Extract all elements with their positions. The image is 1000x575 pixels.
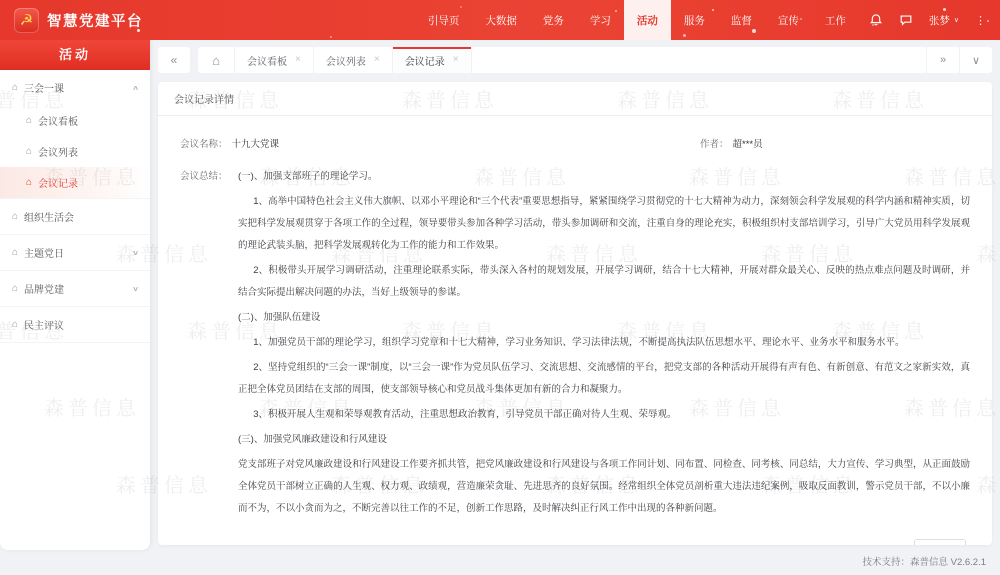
chevron-down-icon: ∨ [954,16,959,24]
menu-item-icon: ⌂ [12,212,18,222]
sidebar-item-4[interactable]: ⌂民主评议 [0,307,150,342]
meeting-meta-row: 会议名称： 十九大党课 作者： 超***员 [180,136,970,150]
tab-close-icon[interactable]: × [453,55,459,65]
back-button[interactable]: 返回 [914,539,966,545]
tab-2[interactable]: 会议记录× [393,47,472,73]
nav-item-6[interactable]: 监督 [718,0,765,40]
sidebar-item-label: 主题党日 [24,245,64,260]
tab-0[interactable]: 会议看板× [235,47,314,73]
menu-item-icon: ⌂ [26,147,32,157]
sidebar-item-label: 组织生活会 [24,209,74,224]
sidebar-group-1: ⌂组织生活会 [0,199,150,235]
summary-paragraph-1: 1、高举中国特色社会主义伟大旗帜、以邓小平理论和“三个代表”重要思想指导，紧紧围… [238,191,970,257]
tab-1[interactable]: 会议列表× [314,47,393,73]
sidebar-group-3: ⌂品牌党建∨ [0,271,150,307]
header-right: 张梦 ∨ ⋮ [859,13,1000,28]
nav-item-4[interactable]: 活动 [624,0,671,40]
brand-title: 智慧党建平台 [47,10,143,31]
decor-dot [943,8,946,11]
sidebar-item-label: 民主评议 [24,317,64,332]
tab-close-icon[interactable]: × [295,55,301,65]
meeting-summary-row: 会议总结： (一)、加强支部班子的理论学习。1、高举中国特色社会主义伟大旗帜、以… [180,166,970,523]
nav-item-2[interactable]: 党务 [530,0,577,40]
summary-paragraph-2: 2、积极带头开展学习调研活动，注重理论联系实际，带头深入各村的规划发展，开展学习… [238,260,970,304]
brand: ☭ 智慧党建平台 [0,8,143,33]
author-value: 超***员 [733,136,763,150]
tabs-scroll-right-button[interactable]: » [926,47,959,73]
tab-bar: « ⌂ 会议看板×会议列表×会议记录× » ∨ [150,40,1000,80]
sidebar-item-1[interactable]: ⌂组织生活会 [0,199,150,234]
sidebar-title: 活动 [0,40,150,70]
sidebar-subitem-label: 会议记录 [38,175,78,190]
sidebar-subitem-0-1[interactable]: ⌂会议列表 [0,136,150,167]
tab-label: 会议看板 [247,53,287,68]
tabs-container: ⌂ 会议看板×会议列表×会议记录× » ∨ [198,47,992,73]
tab-label: 会议记录 [405,53,445,68]
tabs-scroll-left-button[interactable]: « [158,47,190,73]
sidebar-group-2: ⌂主题党日∨ [0,235,150,271]
summary-paragraph-0: (一)、加强支部班子的理论学习。 [238,166,970,188]
footer-text: 技术支持：森普信息 V2.6.2.1 [0,550,1000,575]
summary-content: (一)、加强支部班子的理论学习。1、高举中国特色社会主义伟大旗帜、以邓小平理论和… [238,166,970,523]
chevron-up-icon: ∧ [132,84,139,92]
sidebar-item-3[interactable]: ⌂品牌党建∨ [0,271,150,306]
home-tab-icon[interactable]: ⌂ [198,47,235,73]
menu-item-icon: ⌂ [26,116,32,126]
summary-paragraph-3: (二)、加强队伍建设 [238,307,970,329]
sidebar-subitem-label: 会议列表 [38,144,78,159]
sidebar-group-4: ⌂民主评议 [0,307,150,343]
decor-dot [330,36,332,38]
tabs-menu-button[interactable]: ∨ [959,47,992,73]
more-options-icon[interactable]: ⋮ [975,14,986,27]
summary-paragraph-4: 1、加强党员干部的理论学习，组织学习党章和十七大精神，学习业务知识、学习法律法规… [238,332,970,354]
sidebar-subitem-0-2[interactable]: ⌂会议记录 [0,167,150,198]
chevron-down-icon: ∨ [132,285,139,293]
sidebar-group-0: ⌂三会一课∧⌂会议看板⌂会议列表⌂会议记录 [0,70,150,199]
nav-item-5[interactable]: 服务 [671,0,718,40]
panel-title: 会议记录详情 [158,82,992,116]
nav-item-7[interactable]: 宣传 [765,0,812,40]
summary-paragraph-7: (三)、加强党风廉政建设和行风建设 [238,429,970,451]
menu-item-icon: ⌂ [26,178,32,188]
sidebar-item-0[interactable]: ⌂三会一课∧ [0,70,150,105]
nav-item-0[interactable]: 引导页 [415,0,473,40]
nav-item-1[interactable]: 大数据 [472,0,530,40]
open-tabs: 会议看板×会议列表×会议记录× [235,47,472,73]
tab-close-icon[interactable]: × [374,55,380,65]
user-menu[interactable]: 张梦 ∨ [929,13,959,28]
app-header: ☭ 智慧党建平台 引导页大数据党务学习活动服务监督宣传工作 张梦 ∨ ⋮ [0,0,1000,40]
sidebar: 活动 ⌂三会一课∧⌂会议看板⌂会议列表⌂会议记录⌂组织生活会⌂主题党日∨⌂品牌党… [0,40,150,550]
menu-item-icon: ⌂ [12,320,18,330]
summary-label: 会议总结： [180,166,238,523]
sidebar-item-2[interactable]: ⌂主题党日∨ [0,235,150,270]
menu-item-icon: ⌂ [12,83,18,93]
menu-item-icon: ⌂ [12,248,18,258]
top-nav: 引导页大数据党务学习活动服务监督宣传工作 [415,0,859,40]
sidebar-menu: ⌂三会一课∧⌂会议看板⌂会议列表⌂会议记录⌂组织生活会⌂主题党日∨⌂品牌党建∨⌂… [0,70,150,343]
panel-body[interactable]: 会议名称： 十九大党课 作者： 超***员 会议总结： (一)、加强支部班子的理… [158,116,992,545]
author-label: 作者： [700,136,729,150]
party-emblem-icon: ☭ [14,8,39,33]
summary-paragraph-6: 3、积极开展人生观和荣辱观教育活动，注重思想政治教育，引导党员干部正确对待人生观… [238,404,970,426]
meeting-name-label: 会议名称： [180,136,228,150]
sidebar-item-label: 三会一课 [24,80,64,95]
sidebar-subitem-0-0[interactable]: ⌂会议看板 [0,105,150,136]
sidebar-item-label: 品牌党建 [24,281,64,296]
message-icon[interactable] [899,13,913,27]
menu-item-icon: ⌂ [12,284,18,294]
meeting-name-value: 十九大党课 [232,136,280,150]
bell-icon[interactable] [869,13,883,27]
summary-paragraph-8: 党支部班子对党风廉政建设和行风建设工作要齐抓共管，把党风廉政建设和行风建设与各项… [238,454,970,520]
nav-item-8[interactable]: 工作 [812,0,859,40]
nav-item-3[interactable]: 学习 [577,0,624,40]
tab-label: 会议列表 [326,53,366,68]
summary-paragraph-5: 2、坚持党组织的“三会一课”制度，以“三会一课”作为党员队伍学习、交流思想、交流… [238,357,970,401]
meeting-record-detail-panel: 会议记录详情 会议名称： 十九大党课 作者： 超***员 会议总结： (一)、加… [158,82,992,545]
sidebar-subitem-label: 会议看板 [38,113,78,128]
chevron-down-icon: ∨ [132,249,139,257]
user-name: 张梦 [929,13,950,28]
